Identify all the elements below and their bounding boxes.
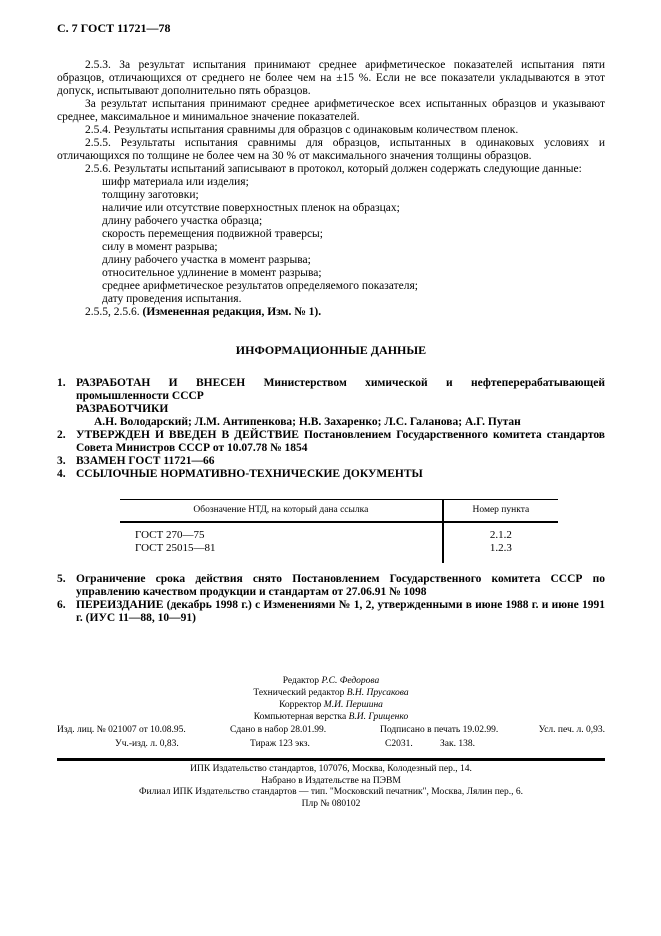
info-data-heading: ИНФОРМАЦИОННЫЕ ДАННЫЕ (57, 343, 605, 358)
protocol-item: скорость перемещения подвижной траверсы; (102, 228, 605, 241)
protocol-item: дату проведения испытания. (102, 293, 605, 306)
editor-name: В.И. Грищенко (349, 712, 409, 722)
protocol-data-list: шифр материала или изделия; толщину заго… (57, 176, 605, 306)
item-number: 4. (57, 468, 76, 481)
paragraph-2-5-5: 2.5.5. Результаты испытания сравнимы для… (57, 137, 605, 163)
editor-role: Редактор (283, 676, 322, 686)
item-label: РАЗРАБОТАН И ВНЕСЕН (76, 377, 264, 389)
info-item-4: 4. ССЫЛОЧНЫЕ НОРМАТИВНО-ТЕХНИЧЕСКИЕ ДОКУ… (57, 468, 605, 481)
protocol-item: относительное удлинение в момент разрыва… (102, 267, 605, 280)
series-code: С2031. (385, 739, 413, 749)
item-label: УТВЕРЖДЕН И ВВЕДЕН В ДЕЙСТВИЕ (76, 429, 304, 441)
editor-line: Редактор Р.С. Федорова (57, 675, 605, 687)
info-item-3: 3. ВЗАМЕН ГОСТ 11721—66 (57, 455, 605, 468)
publisher-block: ИПК Издательство стандартов, 107076, Мос… (57, 764, 605, 810)
protocol-item: толщину заготовки; (102, 189, 605, 202)
table-cell-ntd: ГОСТ 25015—81 (120, 542, 443, 563)
amendment-prefix: 2.5.5, 2.5.6. (85, 306, 143, 318)
editor-line: Корректор М.И. Першина (57, 699, 605, 711)
amendment-note: 2.5.5, 2.5.6. (Измененная редакция, Изм.… (57, 306, 605, 319)
reference-documents-table: Обозначение НТД, на который дана ссылка … (120, 499, 558, 563)
amendment-bold-text: (Измененная редакция, Изм. № 1). (143, 306, 322, 318)
table-cell-clause: 2.1.2 (443, 522, 558, 542)
editor-role: Корректор (279, 700, 324, 710)
printer-license: Плр № 080102 (57, 799, 605, 811)
imprint-line-2: Уч.-изд. л. 0,83. Тираж 123 экз. С2031. … (57, 739, 605, 751)
editor-line: Технический редактор В.Н. Прусакова (57, 687, 605, 699)
item-number: 3. (57, 455, 76, 468)
editor-name: В.Н. Прусакова (347, 688, 409, 698)
order-number: Зак. 138. (440, 739, 475, 749)
typeset-date: Сдано в набор 28.01.99. (230, 725, 326, 735)
protocol-item: наличие или отсутствие поверхностных пле… (102, 202, 605, 215)
item-label: ВЗАМЕН ГОСТ 11721—66 (76, 455, 214, 467)
print-sheets: Усл. печ. л. 0,93. (539, 725, 605, 735)
section-2-5: 2.5.3. За результат испытания принимают … (57, 59, 605, 319)
protocol-item: длину рабочего участка в момент разрыва; (102, 254, 605, 267)
protocol-item: силу в момент разрыва; (102, 241, 605, 254)
publisher-address: ИПК Издательство стандартов, 107076, Мос… (57, 764, 605, 776)
page-header: С. 7 ГОСТ 11721—78 (57, 22, 605, 35)
paragraph-2-5-4: 2.5.4. Результаты испытания сравнимы для… (57, 124, 605, 137)
typeset-note: Набрано в Издательстве на ПЭВМ (57, 776, 605, 788)
divider-rule (57, 758, 605, 761)
info-item-5: 5. Ограничение срока действия снято Пост… (57, 573, 605, 599)
info-item-6: 6. ПЕРЕИЗДАНИЕ (декабрь 1998 г.) с Измен… (57, 599, 605, 625)
publishing-license: Изд. лиц. № 021007 от 10.08.95. (57, 725, 186, 735)
editor-role: Компьютерная верстка (254, 712, 349, 722)
info-item-2: 2. УТВЕРЖДЕН И ВВЕДЕН В ДЕЙСТВИЕ Постано… (57, 429, 605, 455)
table-cell-ntd: ГОСТ 270—75 (120, 522, 443, 542)
print-date: Подписано в печать 19.02.99. (380, 725, 498, 735)
table-cell-clause: 1.2.3 (443, 542, 558, 563)
table-header-ntd: Обозначение НТД, на который дана ссылка (120, 500, 443, 523)
paragraph-2-5-3-cont: За результат испытания принимают среднее… (57, 98, 605, 124)
document-page: С. 7 ГОСТ 11721—78 2.5.3. За результат и… (0, 0, 661, 936)
protocol-item: шифр материала или изделия; (102, 176, 605, 189)
paragraph-2-5-6: 2.5.6. Результаты испытаний записывают в… (57, 163, 605, 176)
info-item-1: 1. РАЗРАБОТАН И ВНЕСЕН Министерством хим… (57, 377, 605, 403)
developers-names: А.Н. Володарский; Л.М. Антипенкова; Н.В.… (94, 416, 605, 429)
publisher-sheets: Уч.-изд. л. 0,83. (115, 739, 179, 749)
item-text: Ограничение срока действия снято Постано… (76, 573, 605, 598)
editors-block: Редактор Р.С. Федорова Технический редак… (57, 675, 605, 723)
printer-address: Филиал ИПК Издательство стандартов — тип… (57, 787, 605, 799)
item-number: 5. (57, 573, 76, 599)
item-label: ССЫЛОЧНЫЕ НОРМАТИВНО-ТЕХНИЧЕСКИЕ ДОКУМЕН… (76, 468, 423, 480)
item-number: 2. (57, 429, 76, 455)
protocol-item: среднее арифметическое результатов опред… (102, 280, 605, 293)
editor-role: Технический редактор (253, 688, 346, 698)
table-header-clause: Номер пункта (443, 500, 558, 523)
imprint-line-1: Изд. лиц. № 021007 от 10.08.95. Сдано в … (57, 725, 605, 737)
item-number: 6. (57, 599, 76, 625)
editor-line: Компьютерная верстка В.И. Грищенко (57, 711, 605, 723)
table-row: ГОСТ 270—75 2.1.2 (120, 522, 558, 542)
developers-label: РАЗРАБОТЧИКИ (76, 403, 605, 416)
item-number: 1. (57, 377, 76, 403)
editor-name: Р.С. Федорова (321, 676, 379, 686)
editor-name: М.И. Першина (324, 700, 383, 710)
paragraph-2-5-3: 2.5.3. За результат испытания принимают … (57, 59, 605, 98)
item-label: ПЕРЕИЗДАНИЕ (76, 599, 167, 611)
protocol-item: длину рабочего участка образца; (102, 215, 605, 228)
print-run: Тираж 123 экз. (250, 739, 310, 749)
table-row: ГОСТ 25015—81 1.2.3 (120, 542, 558, 563)
